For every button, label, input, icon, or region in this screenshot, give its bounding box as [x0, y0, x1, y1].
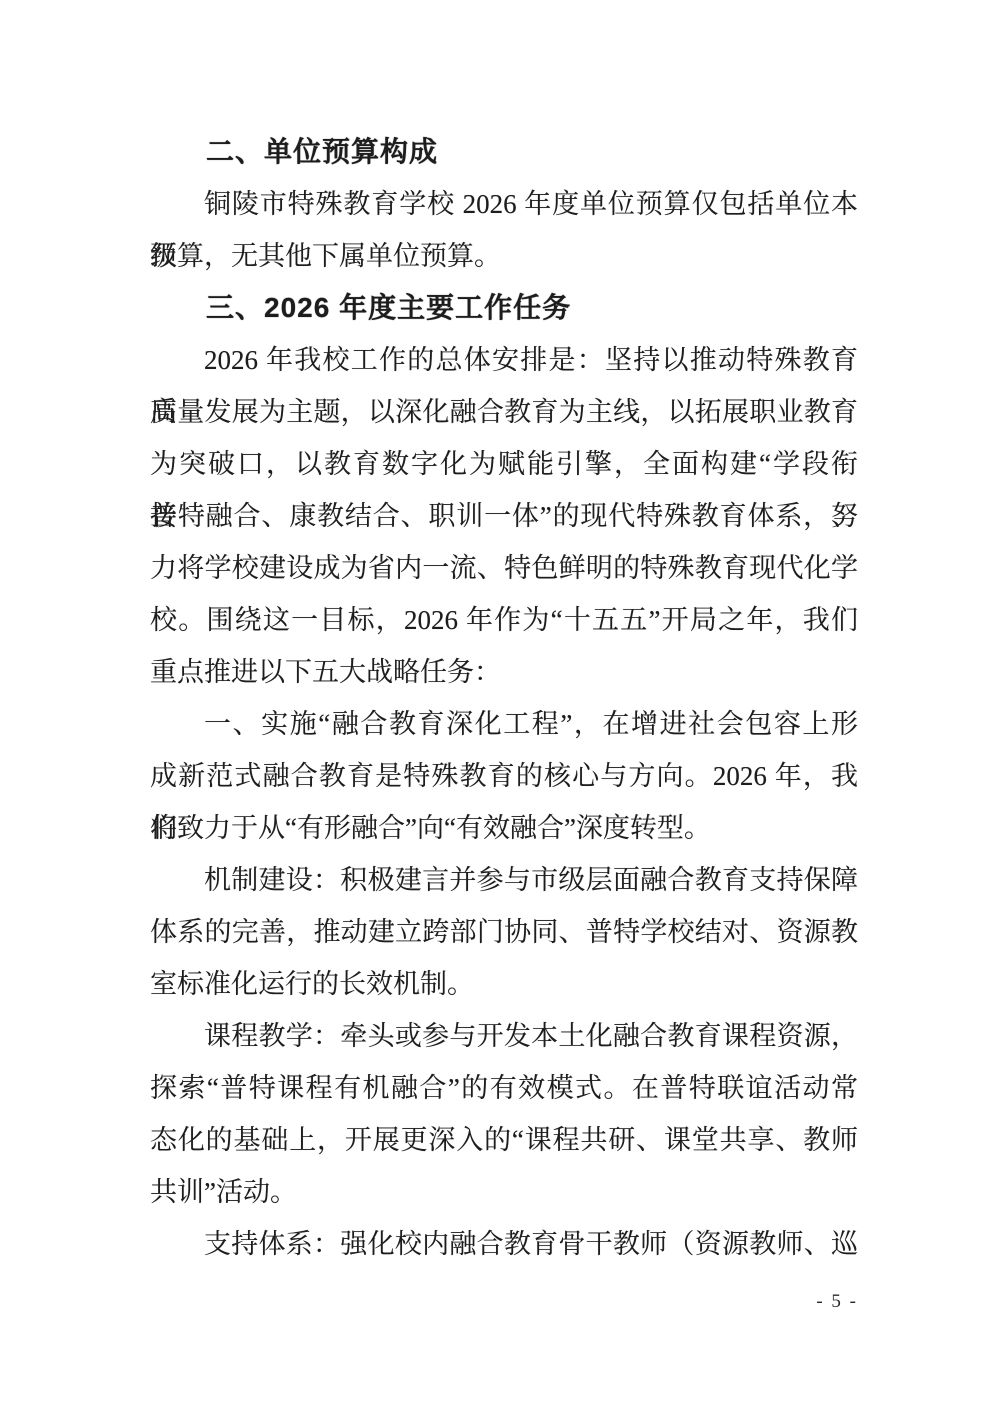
- text-line: 室标准化运行的长效机制。: [150, 958, 858, 1010]
- text-line: 支持体系：强化校内融合教育骨干教师（资源教师、巡: [150, 1218, 858, 1270]
- text-line: 将致力于从“有形融合”向“有效融合”深度转型。: [150, 802, 858, 854]
- page-number: - 5 -: [150, 1290, 858, 1314]
- section-heading-main-tasks: 三、2026 年度主要工作任务: [150, 282, 858, 334]
- text-line: 态化的基础上，开展更深入的“课程共研、课堂共享、教师: [150, 1114, 858, 1166]
- document-page: 二、单位预算构成 铜陵市特殊教育学校 2026 年度单位预算仅包括单位本级 预算…: [0, 0, 1000, 1414]
- text-line: 2026 年我校工作的总体安排是：坚持以推动特殊教育高: [150, 334, 858, 386]
- document-body: 二、单位预算构成 铜陵市特殊教育学校 2026 年度单位预算仅包括单位本级 预算…: [150, 126, 858, 1270]
- text-line: 校。围绕这一目标，2026 年作为“十五五”开局之年，我们: [150, 594, 858, 646]
- text-line: 机制建设：积极建言并参与市级层面融合教育支持保障: [150, 854, 858, 906]
- text-line: 课程教学：牵头或参与开发本土化融合教育课程资源，: [150, 1010, 858, 1062]
- text-line: 一、实施“融合教育深化工程”，在增进社会包容上形: [150, 698, 858, 750]
- text-line: 质量发展为主题，以深化融合教育为主线，以拓展职业教育: [150, 386, 858, 438]
- text-line: 探索“普特课程有机融合”的有效模式。在普特联谊活动常: [150, 1062, 858, 1114]
- text-line: 体系的完善，推动建立跨部门协同、普特学校结对、资源教: [150, 906, 858, 958]
- text-line: 共训”活动。: [150, 1166, 858, 1218]
- text-line: 预算，无其他下属单位预算。: [150, 230, 858, 282]
- text-line: 力将学校建设成为省内一流、特色鲜明的特殊教育现代化学: [150, 542, 858, 594]
- section-heading-budget-composition: 二、单位预算构成: [150, 126, 858, 178]
- text-line: 为突破口，以教育数字化为赋能引擎，全面构建“学段衔接、: [150, 438, 858, 490]
- text-line: 普特融合、康教结合、职训一体”的现代特殊教育体系，努: [150, 490, 858, 542]
- text-line: 铜陵市特殊教育学校 2026 年度单位预算仅包括单位本级: [150, 178, 858, 230]
- text-line: 成新范式融合教育是特殊教育的核心与方向。2026 年，我们: [150, 750, 858, 802]
- text-line: 重点推进以下五大战略任务：: [150, 646, 858, 698]
